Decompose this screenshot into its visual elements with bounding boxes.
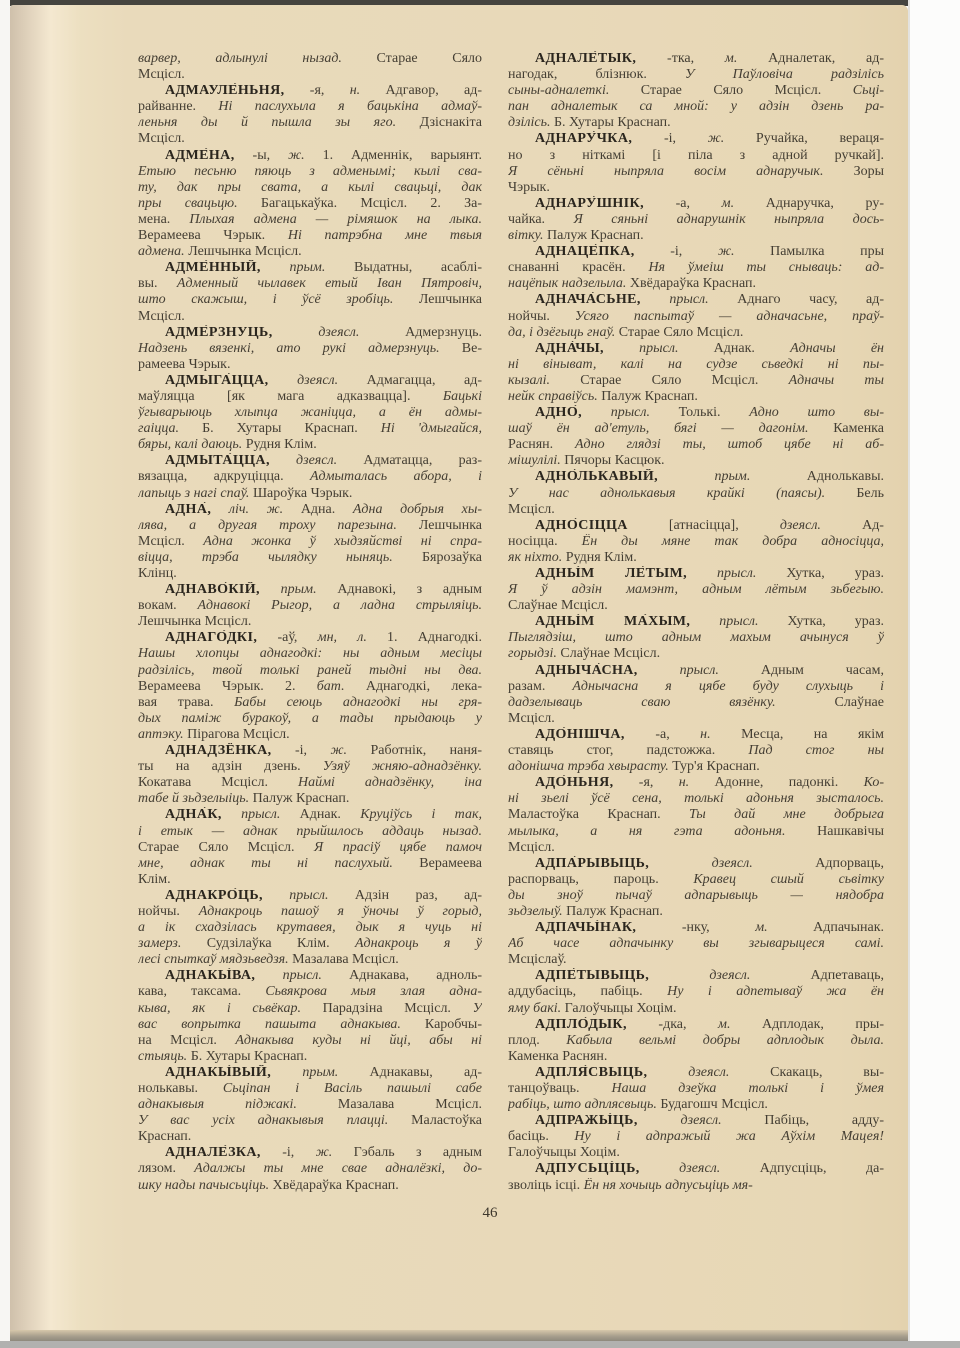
dictionary-line: нойчы. Аднакроць пашоў я ўночы ў горыд, bbox=[138, 904, 482, 920]
text-run: дзеясл. bbox=[273, 325, 405, 340]
dictionary-line: кыва, як і сьвёкар. Парадзіна Мсцісл. У bbox=[138, 1001, 482, 1017]
headword: АДНАВО́КІЙ, bbox=[165, 582, 260, 597]
text-run: Наша дзеўка толькі і ўмея bbox=[612, 1081, 884, 1096]
dictionary-line: да, і дзёгыць гнаў. Старае Сяло Мсцісл. bbox=[508, 325, 884, 341]
text-run: Аднычасна я цябе буду слухыць і bbox=[572, 679, 884, 694]
right-column: АДНАЛЕ́ТЫК, -тка, м. Адналетак, ад-нагод… bbox=[508, 51, 884, 1194]
text-run: Толькі. bbox=[679, 405, 750, 420]
text-run: -і, bbox=[635, 244, 718, 259]
dictionary-line: Мсцісл. bbox=[508, 711, 884, 727]
dictionary-line: АДМЕ́НА, -ы, ж. 1. Адменнік, варыянт. bbox=[138, 148, 482, 164]
dictionary-line: АДПАЧЫ́НАК, -нку, м. Адпачынак. bbox=[508, 920, 884, 936]
text-run: Пыглядзіш, што адным махым ачынуся ў bbox=[508, 630, 884, 645]
dictionary-line: АДНО́, прысл. Толькі. Адно што вы- bbox=[508, 405, 884, 421]
text-run: Бацькі bbox=[443, 389, 482, 404]
dictionary-line: дых паміж буракоў, а тады прыдаюць у bbox=[138, 711, 482, 727]
headword: АДНАЛЕ́ТЫК, bbox=[535, 51, 636, 66]
dictionary-line: лапыць з нагі спаў. Шароўка Чэрык. bbox=[138, 486, 482, 502]
text-run: Адно што вы- bbox=[749, 405, 884, 420]
text-run: Адначы ты bbox=[789, 373, 884, 388]
text-run: Усяго паспытаў — адначасьне, праў- bbox=[575, 309, 884, 324]
text-run: Лешчынка Мсцісл. bbox=[138, 614, 251, 629]
text-run: Хутка, ураз. bbox=[786, 566, 884, 581]
text-run: -я, bbox=[284, 83, 349, 98]
dictionary-line: горыдзі. Слаўнае Мсцісл. bbox=[508, 646, 884, 662]
dictionary-line: зволіць ісці. Ён ня хочыць адпусьціць мя… bbox=[508, 1178, 884, 1194]
text-run: Сьвякрова мыя злая адна- bbox=[265, 984, 482, 999]
dictionary-line: АДНАКЫ́ВА, прысл. Аднакава, адноль- bbox=[138, 968, 482, 984]
text-run: Аднакыва куды ні йці, абы ні bbox=[235, 1033, 482, 1048]
scan-left-margin bbox=[0, 0, 10, 1341]
dictionary-line: Нашы хлопцы аднагодкі: ны адным месіцы bbox=[138, 646, 482, 662]
dictionary-line: нагодак, блізнюк. У Паўловіча радзілісь bbox=[508, 67, 884, 83]
dictionary-line: Верамеева Чэрык. Ні патрэбна мне твыя bbox=[138, 228, 482, 244]
text-run: ж. bbox=[718, 244, 770, 259]
dictionary-line: як ніхто. Рудня Клім. bbox=[508, 550, 884, 566]
dictionary-line: АДНАЦЕ́ПКА, -і, ж. Памылка пры bbox=[508, 244, 884, 260]
dictionary-line: АДНАЧА́СЬНЕ, прысл. Аднаго часу, ад- bbox=[508, 292, 884, 308]
dictionary-line: снаванні красён. Ня ўмеіш ты снываць: ад… bbox=[508, 260, 884, 276]
text-run: м. bbox=[722, 196, 766, 211]
page-bottom-edge bbox=[10, 1330, 908, 1341]
text-run: ж. bbox=[288, 148, 322, 163]
text-run: прысл. bbox=[263, 888, 355, 903]
text-run: Верамеева bbox=[419, 856, 482, 871]
text-run: Пабіць, адду- bbox=[764, 1113, 884, 1128]
dictionary-line: Мсцісл. Адна жонка ў хыдзяйстві ні спра- bbox=[138, 534, 482, 550]
text-run: райванне. bbox=[138, 99, 218, 114]
text-run: Адмерзнуць. bbox=[405, 325, 482, 340]
text-run: Б. Хутары Краснап. bbox=[554, 115, 671, 130]
text-run: 1. Аднагодкі. bbox=[387, 630, 482, 645]
text-run: Адматацца, раз- bbox=[363, 453, 482, 468]
text-run: -а, bbox=[625, 727, 700, 742]
text-run: бат. bbox=[317, 679, 366, 694]
text-run: 1. Адменнік, варыянт. bbox=[323, 148, 482, 163]
text-run: Мсцісл. bbox=[138, 309, 185, 324]
text-run: Слаўнае Мсцісл. bbox=[560, 646, 660, 661]
dictionary-line: разам. Аднычасна я цябе буду слухыць і bbox=[508, 679, 884, 695]
text-run: Галоўчыцы Хоцім. bbox=[508, 1145, 620, 1160]
text-run: што скажыш, і ўсё зробіць. bbox=[138, 292, 419, 307]
text-run: Клінц. bbox=[138, 566, 177, 581]
text-run: горыдзі. bbox=[508, 646, 560, 661]
dictionary-line: АДНАРУ́ЧКА, -і, ж. Ручайка, вераця- bbox=[508, 131, 884, 147]
dictionary-line: чайка. Я сяньні аднарушнік ныпряла дось- bbox=[508, 212, 884, 228]
text-run: дзеясл. bbox=[649, 856, 815, 871]
text-run: аднакывыя піджакі. bbox=[138, 1097, 338, 1112]
text-run: Аднакава, адноль- bbox=[349, 968, 482, 983]
text-run: Я прасіў цябе памоч bbox=[314, 840, 482, 855]
text-run: басіць. bbox=[508, 1129, 574, 1144]
dictionary-line: вы. Адменный чылавек етый Іван Пятровіч, bbox=[138, 276, 482, 292]
scan-bottom-edge bbox=[0, 1341, 960, 1348]
text-run: Нашы хлопцы аднагодкі: ны адным месіцы bbox=[138, 646, 482, 661]
text-run: Старае Сяло Мсцісл. bbox=[138, 840, 314, 855]
text-run: Хутка, ураз. bbox=[787, 614, 884, 629]
text-run: Адна добрыя хы- bbox=[353, 502, 482, 517]
text-run: Аднакавы, ад- bbox=[370, 1065, 483, 1080]
text-run: Каменка bbox=[833, 421, 884, 436]
text-run: но з ніткамі [і піла з адной ручкай]. bbox=[508, 148, 884, 163]
text-run: Раснян. bbox=[508, 437, 575, 452]
text-run: Каробчы- bbox=[425, 1017, 482, 1032]
dictionary-line: Пыглядзіш, што адным махым ачынуся ў bbox=[508, 630, 884, 646]
headword: АДМЕ́НА, bbox=[165, 148, 235, 163]
text-run: сыны-адналеткі. bbox=[508, 83, 641, 98]
headword: АДНАДЗЁНКА, bbox=[165, 743, 272, 758]
dictionary-line: АДПЛО́ДЫК, -дка, м. Адплодак, пры- bbox=[508, 1017, 884, 1033]
text-run: дадзелываць сваю вязёнку. bbox=[508, 695, 835, 710]
text-run: Шароўка Чэрык. bbox=[253, 486, 352, 501]
text-run: Нашкавічы bbox=[817, 824, 884, 839]
dictionary-line: гаіцца. Б. Хутары Краснап. Ні 'дмыгайся, bbox=[138, 421, 482, 437]
dictionary-line: рамеева Чэрык. bbox=[138, 357, 482, 373]
text-run: Мсцісл. bbox=[138, 67, 185, 82]
text-run: пры свацьцю. bbox=[138, 196, 261, 211]
dictionary-line: маўляцца [як мага адказвацца]. Бацькі bbox=[138, 389, 482, 405]
headword: АДПЛО́ДЫК, bbox=[535, 1017, 627, 1032]
dictionary-line: плод. Кабыла вельмі добры адплодык дыла. bbox=[508, 1033, 884, 1049]
text-run: Маластоўка Краснап. bbox=[508, 807, 689, 822]
dictionary-line: АДНАДЗЁНКА, -і, ж. Работнік, наня- bbox=[138, 743, 482, 759]
dictionary-line: Мсцісл. bbox=[508, 502, 884, 518]
dictionary-line: Мсцісл. bbox=[138, 309, 482, 325]
dictionary-line: АДНАВО́КІЙ, прым. Аднавокі, з адным bbox=[138, 582, 482, 598]
dictionary-line: дадзелываць сваю вязёнку. Слаўнае bbox=[508, 695, 884, 711]
text-run: а ік схадзілась крутавея, дык я чуць ні bbox=[138, 920, 482, 935]
dictionary-line: лязом. Адалжы ты мне свае адналёзкі, до- bbox=[138, 1161, 482, 1177]
text-run: Адна жонка ў хыдзяйстві ні спра- bbox=[203, 534, 482, 549]
dictionary-line: АДНА́ЧЫ, прысл. Аднак. Адначы ён bbox=[508, 341, 884, 357]
dictionary-line: адонішча трэба хвырасту. Тур'я Краснап. bbox=[508, 759, 884, 775]
text-run: Будагошч Мсцісл. bbox=[660, 1097, 768, 1112]
text-run: Аб часе адпачынку вы згыварыцеся самі. bbox=[508, 936, 884, 951]
text-run: Адмагацца, ад- bbox=[367, 373, 482, 388]
dictionary-line: АДМЕ́РЗНУЦЬ, дзеясл. Адмерзнуць. bbox=[138, 325, 482, 341]
text-run: Кабыла вельмі добры адплодык дыла. bbox=[566, 1033, 884, 1048]
text-run: кызалі. bbox=[508, 373, 580, 388]
headword: АДНАКЫ́ВА, bbox=[165, 968, 255, 983]
dictionary-line: ды зноў пычаў адпарывыць — нядобра bbox=[508, 888, 884, 904]
text-run: ты на адзін дзень. bbox=[138, 759, 323, 774]
dictionary-line: нейк справіўсь. Палуж Краснап. bbox=[508, 389, 884, 405]
text-run: Скакаць, вы- bbox=[770, 1065, 884, 1080]
text-run: Аднолькавы. bbox=[807, 469, 884, 484]
text-run: н. bbox=[350, 83, 386, 98]
dictionary-line: Надзень вязенкі, ато рукі адмерзнуць. Ве… bbox=[138, 341, 482, 357]
text-run: ту, дак пры свата, а кылі свацьці, дак bbox=[138, 180, 482, 195]
headword: АДНАЛЕ́ЗКА, bbox=[165, 1145, 261, 1160]
dictionary-line: АДМЫТА́ЦЦА, дзеясл. Адматацца, раз- bbox=[138, 453, 482, 469]
text-run: Ні патрэбна мне твыя bbox=[288, 228, 482, 243]
dictionary-line: АДНЫ́М МА́ХЫМ, прысл. Хутка, ураз. bbox=[508, 614, 884, 630]
dictionary-line: АДНАКРО́ЦЬ, прысл. Адзін раз, ад- bbox=[138, 888, 482, 904]
dictionary-line: Раснян. Адно глядзі ты, штоб цябе ні аб- bbox=[508, 437, 884, 453]
scan-right-margin bbox=[908, 0, 960, 1341]
dictionary-line: АДНА́, ліч. ж. Адна. Адна добрыя хы- bbox=[138, 502, 482, 518]
dictionary-line: вас вопрытка пашыта аднакыва. Каробчы- bbox=[138, 1017, 482, 1033]
dictionary-line: АДНЫЧА́СНА, прысл. Адным часам, bbox=[508, 663, 884, 679]
text-run: мн, л. bbox=[318, 630, 387, 645]
text-run: дзілісь. bbox=[508, 115, 554, 130]
text-run: ж. bbox=[331, 743, 371, 758]
text-run: Аднак. bbox=[300, 807, 361, 822]
dictionary-line: пры свацьцю. Багацькаўка. Мсцісл. 2. За- bbox=[138, 196, 482, 212]
dictionary-line: мне, аднак ты ні паслухый. Верамеева bbox=[138, 856, 482, 872]
text-run: Выдатны, асаблі- bbox=[354, 260, 482, 275]
headword: АДМЕ́ННЫЙ, bbox=[165, 260, 261, 275]
dictionary-line: вая трава. Бабы сеюць аднагодкі ны гря- bbox=[138, 695, 482, 711]
text-run: мылыка, а ня гэта адоньня. bbox=[508, 824, 817, 839]
text-run: ліч. ж. bbox=[211, 502, 301, 517]
dictionary-line: АДПА́РЫВЫЦЬ, дзеясл. Адпорваць, bbox=[508, 856, 884, 872]
text-run: і етык — аднак прыйшлось аддаць нызад. bbox=[138, 824, 482, 839]
dictionary-line: Каменка Раснян. bbox=[508, 1049, 884, 1065]
text-run: Аднак. bbox=[714, 341, 790, 356]
dictionary-line: АДПЛЯ́СВЫЦЬ, дзеясл. Скакаць, вы- bbox=[508, 1065, 884, 1081]
dictionary-line: Мсцісл. bbox=[508, 840, 884, 856]
dictionary-line: АДНАЛЕ́ТЫК, -тка, м. Адналетак, ад- bbox=[508, 51, 884, 67]
dictionary-line: АДО́НЬНЯ, -я, н. Адонне, падонкі. Ко- bbox=[508, 775, 884, 791]
text-run: Мазалава Мсцісл. bbox=[338, 1097, 482, 1112]
dictionary-line: вокам. Аднавокі Рыгор, а ладна стрыляіць… bbox=[138, 598, 482, 614]
text-run: Гэбаль з адным bbox=[354, 1145, 482, 1160]
text-run: яму бакі. bbox=[508, 1001, 565, 1016]
headword: АДНА́ЧЫ, bbox=[535, 341, 604, 356]
text-run: ўгыварыюць хлыпца жаніцца, а ён адмы- bbox=[138, 405, 482, 420]
dictionary-line: Верамеева Чэрык. 2. бат. Аднагодкі, лека… bbox=[138, 679, 482, 695]
text-run: прысл. bbox=[638, 663, 761, 678]
dictionary-line: танцоўваць. Наша дзеўка толькі і ўмея bbox=[508, 1081, 884, 1097]
text-run: дзеясл. bbox=[638, 1113, 765, 1128]
dictionary-line: варвер, адлынулі нызад. Старае Сяло bbox=[138, 51, 482, 67]
text-run: Работнік, наня- bbox=[370, 743, 482, 758]
text-run: Аднаручка, ру- bbox=[766, 196, 884, 211]
text-run: Лешчынка bbox=[419, 518, 482, 533]
text-run: прысл. bbox=[255, 968, 349, 983]
text-run: стыяць. bbox=[138, 1049, 191, 1064]
headword: АДНО́СІЦЦА bbox=[535, 518, 628, 533]
headword: АДМЕ́РЗНУЦЬ, bbox=[165, 325, 273, 340]
dictionary-line: вітку. Палуж Краснап. bbox=[508, 228, 884, 244]
dictionary-line: ўгыварыюць хлыпца жаніцца, а ён адмы- bbox=[138, 405, 482, 421]
text-run: Слаўнае bbox=[835, 695, 884, 710]
text-run: Узяў жняю-аднадзёнку. bbox=[323, 759, 482, 774]
headword: АДМЫГА́ЦЦА, bbox=[165, 373, 269, 388]
headword: АДПРАЖЫ́ЦЬ, bbox=[535, 1113, 638, 1128]
text-run: Сьці- bbox=[853, 83, 884, 98]
dictionary-line: ты на адзін дзень. Узяў жняю-аднадзёнку. bbox=[138, 759, 482, 775]
text-run: ды зноў пычаў адпарывыць — нядобра bbox=[508, 888, 884, 903]
text-run: як ніхто. bbox=[508, 550, 566, 565]
text-run: Кравец сшый сьвітку bbox=[693, 872, 884, 887]
text-run: рабіць, што адплясвыць. bbox=[508, 1097, 660, 1112]
dictionary-line: дзілісь. Б. Хутары Краснап. bbox=[508, 115, 884, 131]
text-run: плод. bbox=[508, 1033, 566, 1048]
dictionary-line: мена. Плыхая адмена — рімяшок на лыка. bbox=[138, 212, 482, 228]
text-run: Мсцісл. bbox=[508, 502, 555, 517]
dictionary-line: Мсцісл. bbox=[138, 131, 482, 147]
text-run: шку нады пачысьціць. bbox=[138, 1178, 273, 1193]
dictionary-line: АДНО́СІЦЦА [атнасіцца], дзеясл. Ад- bbox=[508, 518, 884, 534]
dictionary-line: ні віныват, калі на судзе сьведкі ні пы- bbox=[508, 357, 884, 373]
text-run: Ве- bbox=[462, 341, 482, 356]
text-run: У нас аднолькавыя крайкі (паясы). bbox=[508, 486, 856, 501]
dictionary-line: Кокатава Мсцісл. Наймі аднадзёнку, іна bbox=[138, 775, 482, 791]
text-run: варвер, адлынулі нызад. bbox=[138, 51, 377, 66]
headword: АДПЛЯ́СВЫЦЬ, bbox=[535, 1065, 647, 1080]
text-run: прым. bbox=[261, 260, 354, 275]
headword: АДНАКЫ́ВЫЙ, bbox=[165, 1065, 271, 1080]
text-run: Наймі аднадзёнку, іна bbox=[298, 775, 482, 790]
text-run: дзеясл. bbox=[269, 373, 367, 388]
text-run: -тка, bbox=[636, 51, 725, 66]
text-run: вокам. bbox=[138, 598, 197, 613]
text-run: нолькавы. bbox=[138, 1081, 223, 1096]
text-run: нойчы. bbox=[138, 904, 199, 919]
text-run: Судзілаўка Клім. bbox=[207, 936, 355, 951]
text-run: Верамеева Чэрык. bbox=[138, 228, 288, 243]
text-run: лява, а другая троху парезына. bbox=[138, 518, 419, 533]
text-run: Етыю песьню пяюць з адменымі; кылі сва- bbox=[138, 164, 482, 179]
text-run: Ну і адпражый жа Аўхім Мацея! bbox=[574, 1129, 884, 1144]
text-run: носіцца. bbox=[508, 534, 582, 549]
headword: АДНАРУ́ШНІК, bbox=[535, 196, 644, 211]
dictionary-line: Старае Сяло Мсцісл. Я прасіў цябе памоч bbox=[138, 840, 482, 856]
text-run: Краснап. bbox=[138, 1129, 191, 1144]
text-run: Ня ўмеіш ты снываць: ад- bbox=[648, 260, 884, 275]
text-run: прысл. bbox=[641, 292, 737, 307]
text-run: Ко- bbox=[864, 775, 884, 790]
text-run: Ну і адпетываў жа ён bbox=[667, 984, 884, 999]
text-run: зьдзелыў. bbox=[508, 904, 566, 919]
text-run: У вас усіх аднакывыя плацці. bbox=[138, 1113, 411, 1128]
dictionary-line: леньня ды й пышла зы яго. Дзіснакіта bbox=[138, 115, 482, 131]
text-run: ж. bbox=[316, 1145, 354, 1160]
text-run: Старае Сяло bbox=[377, 51, 482, 66]
text-run: прысл. bbox=[690, 614, 787, 629]
text-run: Палуж Краснап. bbox=[566, 904, 663, 919]
text-run: -дка, bbox=[627, 1017, 718, 1032]
dictionary-line: мылыка, а ня гэта адоньня. Нашкавічы bbox=[508, 824, 884, 840]
text-run: мена. bbox=[138, 212, 189, 227]
text-run: Бель bbox=[856, 486, 884, 501]
dictionary-line: табе й зьдзелыіць. Палуж Краснап. bbox=[138, 791, 482, 807]
dictionary-line: Клінц. bbox=[138, 566, 482, 582]
scanned-page: варвер, адлынулі нызад. Старае СялоМсціс… bbox=[10, 5, 908, 1335]
headword: АДО́НЬНЯ, bbox=[535, 775, 613, 790]
dictionary-line: АДНАГО́ДКІ, -аў, мн, л. 1. Аднагодкі. bbox=[138, 630, 482, 646]
text-run: н. bbox=[700, 727, 741, 742]
dictionary-line: носіцца. Ён ды мяне так добра адносіцца, bbox=[508, 534, 884, 550]
text-run: нейк справіўсь. bbox=[508, 389, 601, 404]
text-run: вязацца, адкруціцца. bbox=[138, 469, 310, 484]
dictionary-line: АДМАУЛЕ́НЬНЯ, -я, н. Адгавор, ад- bbox=[138, 83, 482, 99]
dictionary-line: аптэку. Пірагова Мсцісл. bbox=[138, 727, 482, 743]
text-run: снаванні красён. bbox=[508, 260, 648, 275]
text-run: маўляцца [як мага адказвацца]. bbox=[138, 389, 443, 404]
dictionary-line: мішулілі. Пячоры Касцюк. bbox=[508, 453, 884, 469]
text-run: Адначы ён bbox=[790, 341, 884, 356]
left-column: варвер, адлынулі нызад. Старае СялоМсціс… bbox=[138, 51, 482, 1194]
headword: АДНЫ́М МА́ХЫМ, bbox=[535, 614, 690, 629]
dictionary-line: віцца, трэба чылядку ныняць. Бярозаўка bbox=[138, 550, 482, 566]
text-run: У bbox=[473, 1001, 482, 1016]
dictionary-line: басіць. Ну і адпражый жа Аўхім Мацея! bbox=[508, 1129, 884, 1145]
text-run: Аднавокі Рыгор, а ладна стрыляіць. bbox=[197, 598, 482, 613]
text-run: м. bbox=[718, 1017, 762, 1032]
text-run: Бабы сеюць аднагодкі ны гря- bbox=[234, 695, 482, 710]
text-run: Аднаго часу, ад- bbox=[737, 292, 884, 307]
headword: АДПУСЬЦІ́ЦЬ, bbox=[535, 1161, 640, 1176]
dictionary-line: і етык — аднак прыйшлось аддаць нызад. bbox=[138, 824, 482, 840]
headword: АДНАКРО́ЦЬ, bbox=[165, 888, 263, 903]
text-run: Палуж Краснап. bbox=[253, 791, 350, 806]
text-run: Адзін раз, ад- bbox=[355, 888, 482, 903]
text-run: на Мсцісл. bbox=[138, 1033, 235, 1048]
text-run: Пад стог ны bbox=[748, 743, 884, 758]
text-run: Сьціпан і Васіль пашылі сабе bbox=[223, 1081, 482, 1096]
text-run: прысл. bbox=[604, 341, 714, 356]
dictionary-line: Мсціслаў. bbox=[508, 952, 884, 968]
text-run: лапыць з нагі спаў. bbox=[138, 486, 253, 501]
text-run: прысл. bbox=[582, 405, 679, 420]
dictionary-line: пан адналетык са мной: у адзін дзень ра- bbox=[508, 99, 884, 115]
text-run: Адгавор, ад- bbox=[385, 83, 482, 98]
dictionary-line: Маластоўка Краснап. Ты дай мне добрыга bbox=[508, 807, 884, 823]
text-run: адмена. bbox=[138, 244, 188, 259]
text-run: м. bbox=[725, 51, 768, 66]
text-run: ні віныват, калі на судзе сьведкі ні пы- bbox=[508, 357, 884, 372]
dictionary-line: ставяць стог, падстожжа. Пад стог ны bbox=[508, 743, 884, 759]
dictionary-line: АДНАКЫ́ВЫЙ, прым. Аднакавы, ад- bbox=[138, 1065, 482, 1081]
text-run: Старае Сяло Мсцісл. bbox=[641, 83, 853, 98]
dictionary-line: АДНАЛЕ́ЗКА, -і, ж. Гэбаль з адным bbox=[138, 1145, 482, 1161]
text-run: прысл. bbox=[222, 807, 300, 822]
dictionary-line: АДНЫ́М ЛЕ́ТЫМ, прысл. Хутка, ураз. bbox=[508, 566, 884, 582]
text-run: дзеясл. bbox=[649, 968, 810, 983]
text-run: Тур'я Краснап. bbox=[672, 759, 760, 774]
text-run: Аднавокі, з адным bbox=[337, 582, 482, 597]
dictionary-line: АДНАРУ́ШНІК, -а, м. Аднаручка, ру- bbox=[508, 196, 884, 212]
dictionary-line: яму бакі. Галоўчыцы Хоцім. bbox=[508, 1001, 884, 1017]
dictionary-line: Мсцісл. bbox=[138, 67, 482, 83]
text-run: [атнасіцца], bbox=[628, 518, 780, 533]
text-run: пан адналетык са мной: у адзін дзень ра- bbox=[508, 99, 884, 114]
text-run: Памылка пры bbox=[770, 244, 884, 259]
dictionary-line: кызалі. Старае Сяло Мсцісл. Адначы ты bbox=[508, 373, 884, 389]
dictionary-line: кава, таксама. Сьвякрова мыя злая адна- bbox=[138, 984, 482, 1000]
dictionary-line: Аб часе адпачынку вы згыварыцеся самі. bbox=[508, 936, 884, 952]
text-run: Мсцісл. bbox=[138, 534, 203, 549]
text-run: бяры, калі даюць. bbox=[138, 437, 246, 452]
dictionary-line: Етыю песьню пяюць з адменымі; кылі сва- bbox=[138, 164, 482, 180]
dictionary-line: што скажыш, і ўсё зробіць. Лешчынка bbox=[138, 292, 482, 308]
text-run: -ы, bbox=[235, 148, 288, 163]
dictionary-line: Я ў адзін мамэнт, адным лётым зьбегыю. bbox=[508, 582, 884, 598]
text-run: аддубасіць, пабіць. bbox=[508, 984, 667, 999]
dictionary-line: АДМЕ́ННЫЙ, прым. Выдатны, асаблі- bbox=[138, 260, 482, 276]
text-run: дзеясл. bbox=[640, 1161, 760, 1176]
text-run: Зоры bbox=[854, 164, 884, 179]
text-run: віцца, трэба чылядку ныняць. bbox=[138, 550, 422, 565]
text-run: нойчы. bbox=[508, 309, 575, 324]
dictionary-line: ту, дак пры свата, а кылі свацьці, дак bbox=[138, 180, 482, 196]
text-run: Адмыталась абора, і bbox=[310, 469, 482, 484]
headword: АДНАЧА́СЬНЕ, bbox=[535, 292, 641, 307]
text-run: -а, bbox=[644, 196, 722, 211]
